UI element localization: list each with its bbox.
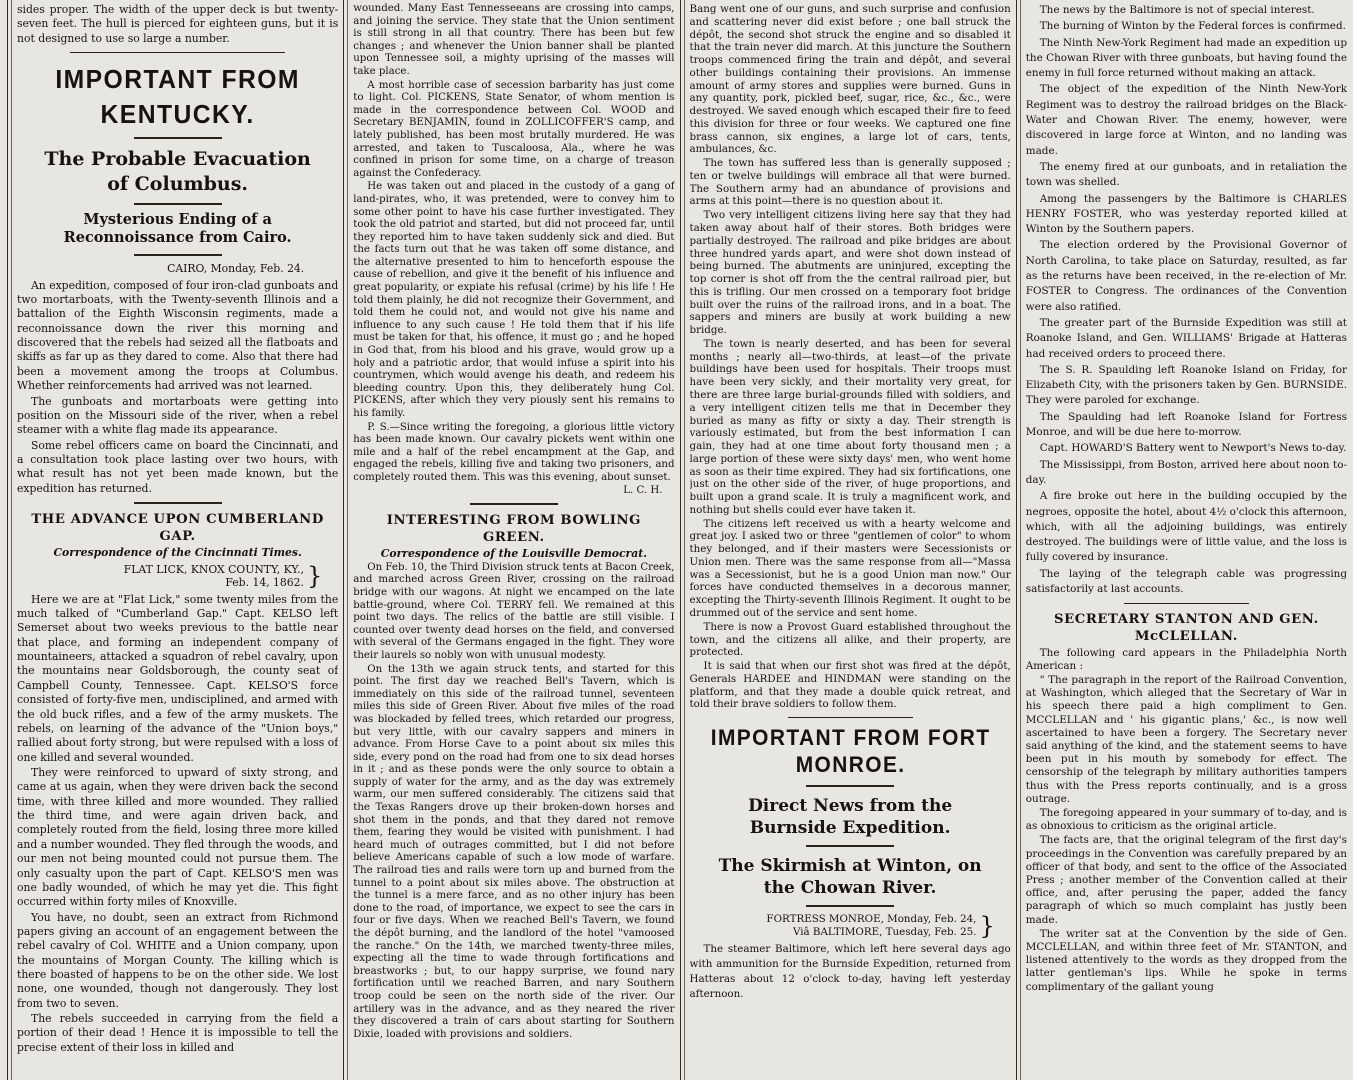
article-paragraph: The S. R. Spaulding left Roanoke Island … — [1026, 363, 1347, 409]
column-3: Bang went one of our guns, and such surp… — [690, 0, 1011, 1080]
section-rule — [134, 502, 222, 504]
section-heading: THE ADVANCE UPON CUMBERLAND GAP. — [17, 511, 338, 545]
article-paragraph: sides proper. The width of the upper dec… — [17, 3, 338, 46]
section-heading: SECRETARY STANTON AND GEN. McCLELLAN. — [1026, 611, 1347, 645]
article-paragraph: The rebels succeeded in carrying from th… — [17, 1012, 338, 1055]
dateline-lines: FORTRESS MONROE, Monday, Feb. 24,Viâ BAL… — [766, 913, 976, 939]
article-paragraph: The writer sat at the Convention by the … — [1026, 928, 1347, 994]
article-paragraph: The following card appears in the Philad… — [1026, 647, 1347, 673]
dateline-line: FLAT LICK, KNOX COUNTY, KY., — [124, 563, 304, 576]
article-paragraph: The foregoing appeared in your summary o… — [1026, 807, 1347, 833]
article-paragraph: A most horrible case of secession barbar… — [353, 80, 674, 181]
article-paragraph: The news by the Baltimore is not of spec… — [1026, 3, 1347, 18]
byline: Correspondence of the Louisville Democra… — [353, 547, 674, 560]
column-4: The news by the Baltimore is not of spec… — [1026, 0, 1347, 1080]
dateline-braced: FLAT LICK, KNOX COUNTY, KY.,Feb. 14, 186… — [17, 563, 338, 590]
article-paragraph: Capt. HOWARD'S Battery went to Newport's… — [1026, 441, 1347, 456]
subheadline: The Skirmish at Winton, on the Chowan Ri… — [704, 855, 997, 899]
article-paragraph: The object of the expedition of the Nint… — [1026, 82, 1347, 158]
article-paragraph: The town has suffered less than is gener… — [690, 157, 1011, 208]
article-paragraph: wounded. Many East Tennesseeans are cros… — [353, 3, 674, 79]
article-paragraph: There is now a Provost Guard established… — [690, 621, 1011, 659]
article-paragraph: The steamer Baltimore, which left here s… — [690, 942, 1011, 1003]
article-paragraph: He was taken out and placed in the custo… — [353, 181, 674, 420]
dateline-braced: FORTRESS MONROE, Monday, Feb. 24,Viâ BAL… — [690, 913, 1011, 939]
article-paragraph: Among the passengers by the Baltimore is… — [1026, 192, 1347, 238]
article-paragraph: The enemy fired at our gunboats, and in … — [1026, 160, 1347, 191]
article-paragraph: An expedition, composed of four iron-cla… — [17, 279, 338, 394]
section-rule — [134, 254, 222, 256]
article-paragraph: A fire broke out here in the building oc… — [1026, 489, 1347, 565]
column-1: sides proper. The width of the upper dec… — [17, 0, 338, 1080]
article-paragraph: They were reinforced to upward of sixty … — [17, 766, 338, 910]
article-paragraph: The greater part of the Burnside Expedit… — [1026, 316, 1347, 362]
dateline-lines: FLAT LICK, KNOX COUNTY, KY.,Feb. 14, 186… — [124, 563, 304, 590]
section-rule — [788, 717, 913, 718]
article-paragraph: " The paragraph in the report of the Rai… — [1026, 674, 1347, 806]
subheadline: Mysterious Ending of a Reconnoissance fr… — [37, 211, 318, 249]
dateline-line: FORTRESS MONROE, Monday, Feb. 24, — [766, 913, 976, 926]
article-paragraph: You have, no doubt, seen an extract from… — [17, 911, 338, 1012]
dateline: CAIRO, Monday, Feb. 24. — [17, 262, 338, 276]
subheadline: Direct News from the Burnside Expedition… — [704, 795, 997, 839]
article-paragraph: Two very intelligent citizens living her… — [690, 209, 1011, 337]
section-rule — [134, 203, 222, 205]
article-paragraph: The Mississippi, from Boston, arrived he… — [1026, 458, 1347, 489]
section-rule — [134, 137, 222, 139]
headline: IMPORTANT FROM FORT MONROE. — [698, 724, 1003, 779]
column-divider — [1016, 0, 1021, 1080]
section-rule — [70, 52, 285, 53]
article-paragraph: On Feb. 10, the Third Division struck te… — [353, 562, 674, 663]
section-rule — [806, 905, 894, 907]
article-paragraph: Some rebel officers came on board the Ci… — [17, 439, 338, 496]
section-rule — [806, 845, 894, 847]
section-rule — [1124, 603, 1249, 604]
byline: Correspondence of the Cincinnati Times. — [17, 546, 338, 560]
article-paragraph: Bang went one of our guns, and such surp… — [690, 3, 1011, 156]
article-paragraph: Here we are at "Flat Lick," some twenty … — [17, 593, 338, 765]
column-divider — [7, 0, 12, 1080]
article-paragraph: It is said that when our first shot was … — [690, 660, 1011, 711]
article-paragraph: P. S.—Since writing the foregoing, a glo… — [353, 422, 674, 485]
article-paragraph: The Ninth New-York Regiment had made an … — [1026, 36, 1347, 82]
article-paragraph: On the 13th we again struck tents, and s… — [353, 664, 674, 1042]
article-paragraph: The facts are, that the original telegra… — [1026, 834, 1347, 926]
column-2: wounded. Many East Tennesseeans are cros… — [353, 0, 674, 1080]
column-divider — [343, 0, 348, 1080]
subheadline: The Probable Evacuation of Columbus. — [31, 147, 324, 196]
headline: IMPORTANT FROM KENTUCKY. — [25, 62, 330, 131]
signature: L. C. H. — [353, 485, 674, 498]
article-paragraph: The citizens left received us with a hea… — [690, 518, 1011, 620]
dateline-line: Feb. 14, 1862. — [124, 576, 304, 589]
section-rule — [470, 503, 558, 505]
column-divider — [680, 0, 685, 1080]
brace-glyph: } — [307, 564, 322, 588]
brace-glyph: } — [979, 914, 994, 938]
section-rule — [806, 785, 894, 787]
newspaper-page: sides proper. The width of the upper dec… — [0, 0, 1353, 1080]
article-paragraph: The laying of the telegraph cable was pr… — [1026, 567, 1347, 598]
section-heading: INTERESTING FROM BOWLING GREEN. — [353, 512, 674, 546]
article-paragraph: The Spaulding had left Roanoke Island fo… — [1026, 410, 1347, 441]
article-paragraph: The election ordered by the Provisional … — [1026, 238, 1347, 314]
article-paragraph: The town is nearly deserted, and has bee… — [690, 338, 1011, 517]
article-paragraph: The burning of Winton by the Federal for… — [1026, 19, 1347, 34]
dateline-line: Viâ BALTIMORE, Tuesday, Feb. 25. — [766, 926, 976, 939]
article-paragraph: The gunboats and mortarboats were gettin… — [17, 395, 338, 438]
